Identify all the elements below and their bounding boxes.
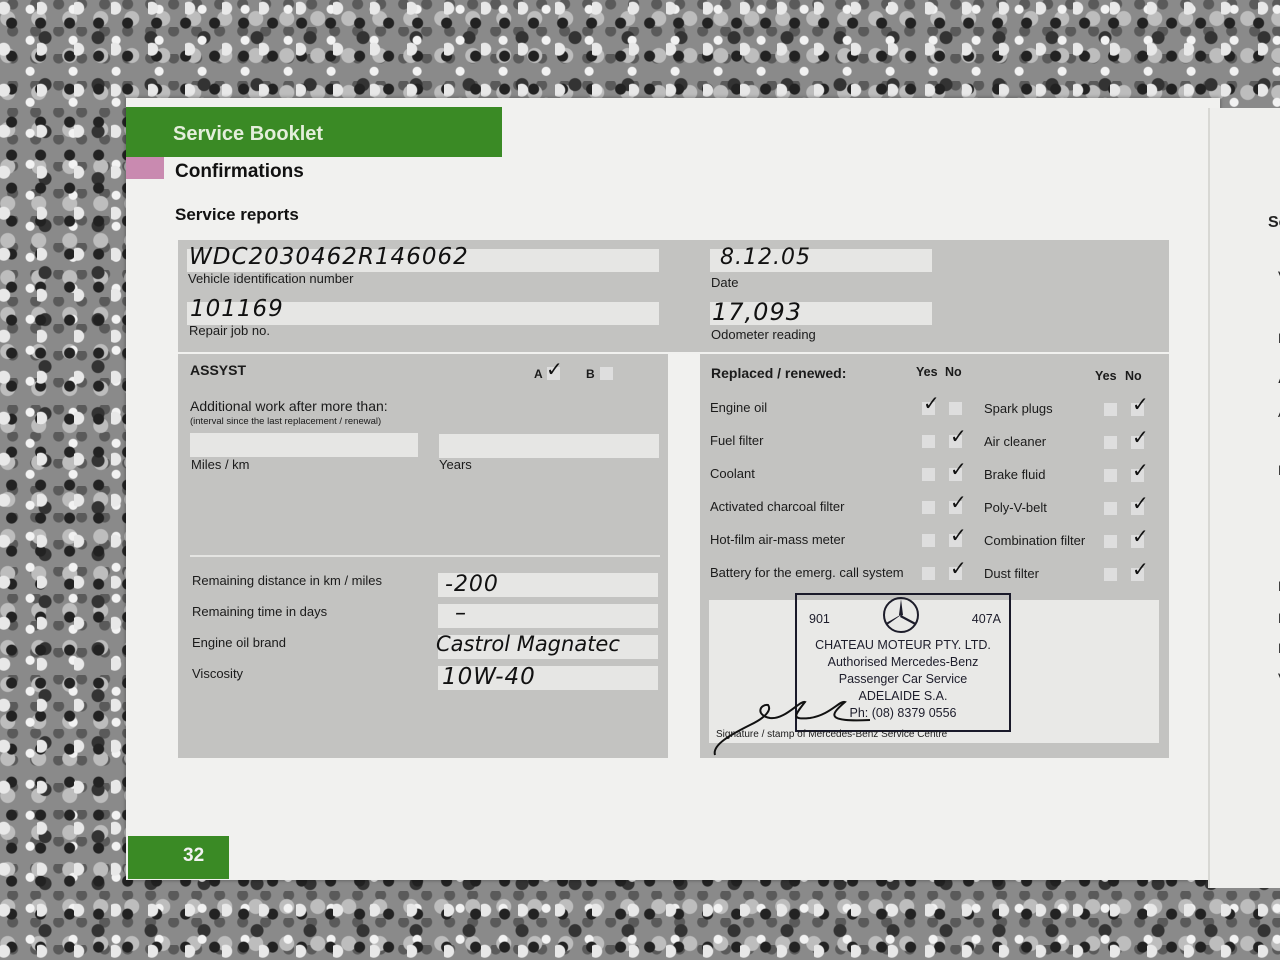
remaining-distance-label: Remaining distance in km / miles — [192, 573, 382, 588]
stamp-line-2: Authorised Mercedes-Benz — [797, 654, 1009, 671]
no-header-right: No — [1125, 369, 1142, 383]
replaced-item-label: Combination filter — [984, 533, 1085, 548]
remaining-time-label: Remaining time in days — [192, 604, 327, 619]
replaced-item-label: Dust filter — [984, 566, 1039, 581]
replaced-title: Replaced / renewed: — [711, 365, 846, 381]
odometer-label: Odometer reading — [711, 327, 816, 342]
stamp-line-3: Passenger Car Service — [797, 671, 1009, 688]
booklet-title-bar: Service Booklet — [126, 107, 502, 157]
check-icon: ✓ — [950, 426, 967, 446]
replaced-item-label: Air cleaner — [984, 434, 1046, 449]
date-value: 8.12.05 — [720, 245, 811, 270]
stamp-code-left: 901 — [809, 611, 830, 628]
vin-value: WDC2030462R146062 — [189, 244, 469, 270]
check-icon: ✓ — [1132, 394, 1149, 414]
signature-icon — [710, 690, 880, 760]
oil-brand-value: Castrol Magnatec — [436, 632, 620, 656]
page-number-badge: 32 — [128, 836, 229, 879]
right-page: Se V R A A M R R E V — [1208, 108, 1280, 888]
vin-label: Vehicle identification number — [188, 271, 354, 286]
replaced-item-yes-checkbox[interactable] — [1104, 436, 1117, 449]
replaced-item-label: Spark plugs — [984, 401, 1053, 416]
assyst-option-b-checkbox[interactable] — [600, 367, 613, 380]
check-icon: ✓ — [1132, 493, 1149, 513]
replaced-item-yes-checkbox[interactable] — [1104, 535, 1117, 548]
divider — [190, 555, 660, 557]
miles-label: Miles / km — [191, 457, 250, 472]
replaced-item-no-checkbox[interactable] — [949, 402, 962, 415]
replaced-item-yes-checkbox[interactable] — [1104, 502, 1117, 515]
replaced-item-label: Activated charcoal filter — [710, 499, 844, 514]
check-icon: ✓ — [1132, 427, 1149, 447]
replaced-item-yes-checkbox[interactable] — [922, 501, 935, 514]
repair-job-value: 101169 — [190, 296, 284, 322]
yes-header-right: Yes — [1095, 369, 1117, 383]
check-icon: ✓ — [1132, 526, 1149, 546]
replaced-item-label: Fuel filter — [710, 433, 763, 448]
replaced-item-yes-checkbox[interactable] — [1104, 568, 1117, 581]
oil-brand-label: Engine oil brand — [192, 635, 286, 650]
check-icon: ✓ — [950, 558, 967, 578]
replaced-item-yes-checkbox[interactable] — [922, 534, 935, 547]
replaced-item-yes-checkbox[interactable] — [1104, 469, 1117, 482]
assyst-option-a-label: A — [534, 367, 543, 381]
replaced-item-label: Engine oil — [710, 400, 767, 415]
subsection-title: Service reports — [175, 205, 299, 225]
stamp-line-1: CHATEAU MOTEUR PTY. LTD. — [797, 637, 1009, 654]
viscosity-value: 10W-40 — [442, 664, 536, 690]
check-icon: ✓ — [950, 459, 967, 479]
additional-work-note: (interval since the last replacement / r… — [190, 416, 381, 427]
replaced-item-label: Poly-V-belt — [984, 500, 1047, 515]
check-icon: ✓ — [950, 525, 967, 545]
page-number: 32 — [183, 845, 204, 867]
signature-label: Signature / stamp of Mercedes-Benz Servi… — [716, 729, 947, 740]
replaced-item-label: Coolant — [710, 466, 755, 481]
replaced-item-label: Brake fluid — [984, 467, 1045, 482]
remaining-distance-value: -200 — [445, 572, 499, 597]
years-label: Years — [439, 457, 472, 472]
years-field[interactable] — [439, 434, 659, 458]
miles-field[interactable] — [190, 433, 418, 457]
replaced-item-yes-checkbox[interactable] — [922, 468, 935, 481]
booklet-title: Service Booklet — [173, 123, 323, 146]
check-icon: ✓ — [1132, 460, 1149, 480]
right-page-fragment: Se — [1268, 214, 1280, 232]
replaced-item-label: Battery for the emerg. call system — [710, 565, 904, 580]
assyst-option-b-label: B — [586, 367, 595, 381]
stamp-code-right: 407A — [972, 611, 1001, 628]
repair-job-label: Repair job no. — [189, 323, 270, 338]
check-icon: ✓ — [546, 359, 563, 379]
viscosity-label: Viscosity — [192, 666, 243, 681]
replaced-item-yes-checkbox[interactable] — [922, 567, 935, 580]
replaced-item-label: Hot-film air-mass meter — [710, 532, 845, 547]
odometer-value: 17,093 — [712, 298, 802, 326]
section-title: Confirmations — [175, 161, 304, 183]
replaced-item-yes-checkbox[interactable] — [922, 435, 935, 448]
check-icon: ✓ — [1132, 559, 1149, 579]
yes-header-left: Yes — [916, 365, 938, 379]
additional-work-label: Additional work after more than: — [190, 398, 388, 414]
remaining-time-value: – — [455, 601, 467, 626]
date-label: Date — [711, 275, 738, 290]
remaining-time-field[interactable] — [438, 604, 658, 628]
check-icon: ✓ — [950, 492, 967, 512]
assyst-title: ASSYST — [190, 362, 246, 378]
check-icon: ✓ — [923, 393, 940, 413]
mercedes-star-icon — [881, 595, 921, 635]
replaced-item-yes-checkbox[interactable] — [1104, 403, 1117, 416]
section-marker — [126, 157, 164, 179]
no-header-left: No — [945, 365, 962, 379]
